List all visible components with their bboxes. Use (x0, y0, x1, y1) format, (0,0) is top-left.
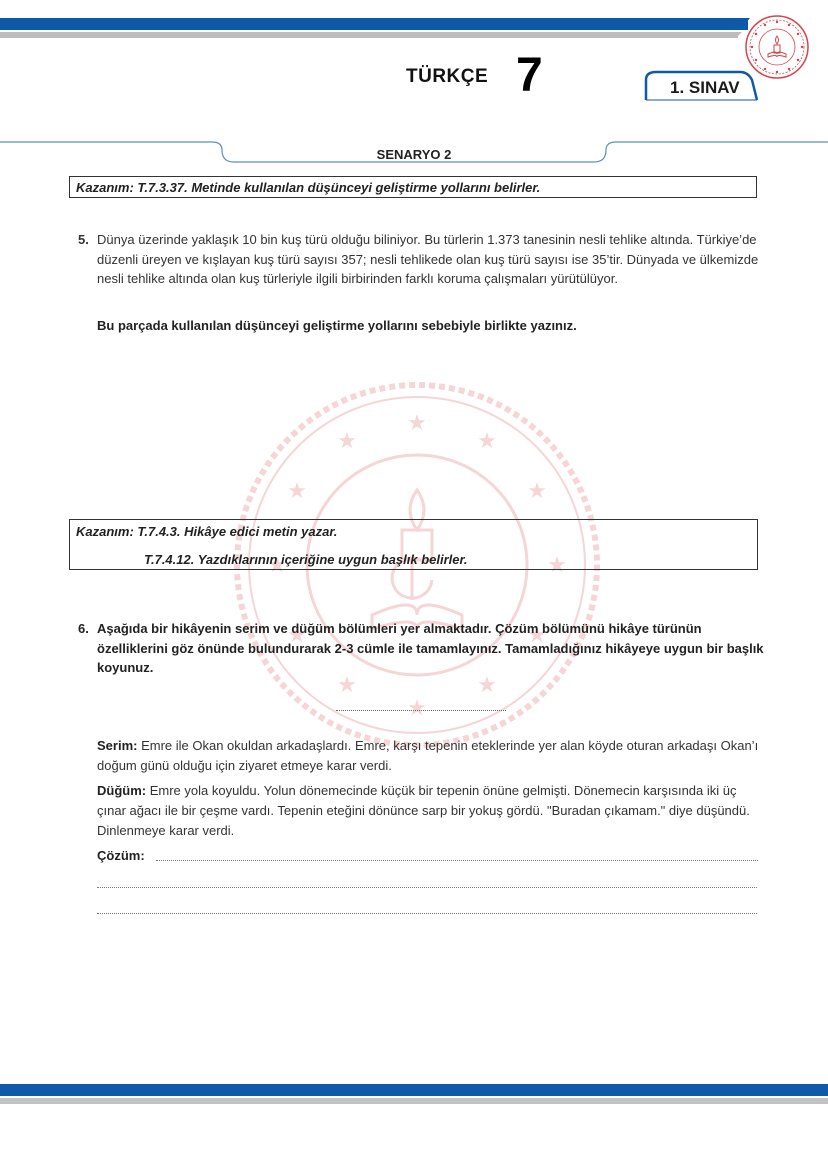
svg-text:★: ★ (287, 478, 307, 503)
svg-text:★: ★ (527, 478, 547, 503)
grade-number: 7 (516, 52, 543, 100)
outcome-line-2: T.7.4.12. Yazdıklarının içeriğine uygun … (144, 552, 467, 567)
footer-blue-bar (0, 1084, 828, 1096)
scenario-label: SENARYO 2 (0, 147, 828, 162)
question-6: 6. Aşağıda bir hikâyenin serim ve düğüm … (78, 619, 768, 639)
dugum-text: Emre yola koyuldu. Yolun dönemecinde küç… (97, 783, 750, 838)
dugum-label: Düğüm: (97, 783, 146, 798)
dugum-paragraph: Düğüm: Emre yola koyuldu. Yolun dönemeci… (97, 781, 762, 841)
footer-gray-bar (0, 1098, 828, 1104)
outcome-text: Kazanım: T.7.3.37. Metinde kullanılan dü… (76, 180, 540, 195)
svg-text:★: ★ (477, 428, 497, 453)
serim-label: Serim: (97, 738, 137, 753)
outcome-box-2: Kazanım: T.7.4.3. Hikâye edici metin yaz… (69, 519, 758, 570)
outcome-box-1: Kazanım: T.7.3.37. Metinde kullanılan dü… (69, 176, 757, 198)
title-answer-line[interactable] (336, 700, 506, 711)
serim-text: Emre ile Okan okuldan arkadaşlardı. Emre… (97, 738, 758, 773)
header-blue-bar (0, 18, 748, 30)
cozum-label: Çözüm: (97, 848, 145, 863)
cozum-answer-line-3[interactable] (97, 903, 757, 914)
question-prompt: Bu parçada kullanılan düşünceyi geliştir… (97, 316, 577, 336)
header-gray-bar-cap (736, 32, 742, 38)
cozum-answer-line-1[interactable] (156, 850, 758, 861)
svg-text:★: ★ (337, 428, 357, 453)
outcome-line-1: Kazanım: T.7.4.3. Hikâye edici metin yaz… (76, 524, 337, 539)
header-gray-bar (0, 32, 738, 38)
question-number: 6. (78, 621, 89, 636)
question-5: 5. Dünya üzerinde yaklaşık 10 bin kuş tü… (78, 230, 768, 250)
exam-label: 1. SINAV (670, 78, 740, 98)
svg-text:★: ★ (407, 410, 427, 435)
cozum-answer-line-2[interactable] (97, 877, 757, 888)
serim-paragraph: Serim: Emre ile Okan okuldan arkadaşlard… (97, 736, 762, 776)
question-text: Dünya üzerinde yaklaşık 10 bin kuş türü … (97, 230, 767, 289)
question-number: 5. (78, 232, 89, 247)
subject-title: TÜRKÇE (406, 66, 488, 88)
question-text: Aşağıda bir hikâyenin serim ve düğüm böl… (97, 619, 767, 678)
